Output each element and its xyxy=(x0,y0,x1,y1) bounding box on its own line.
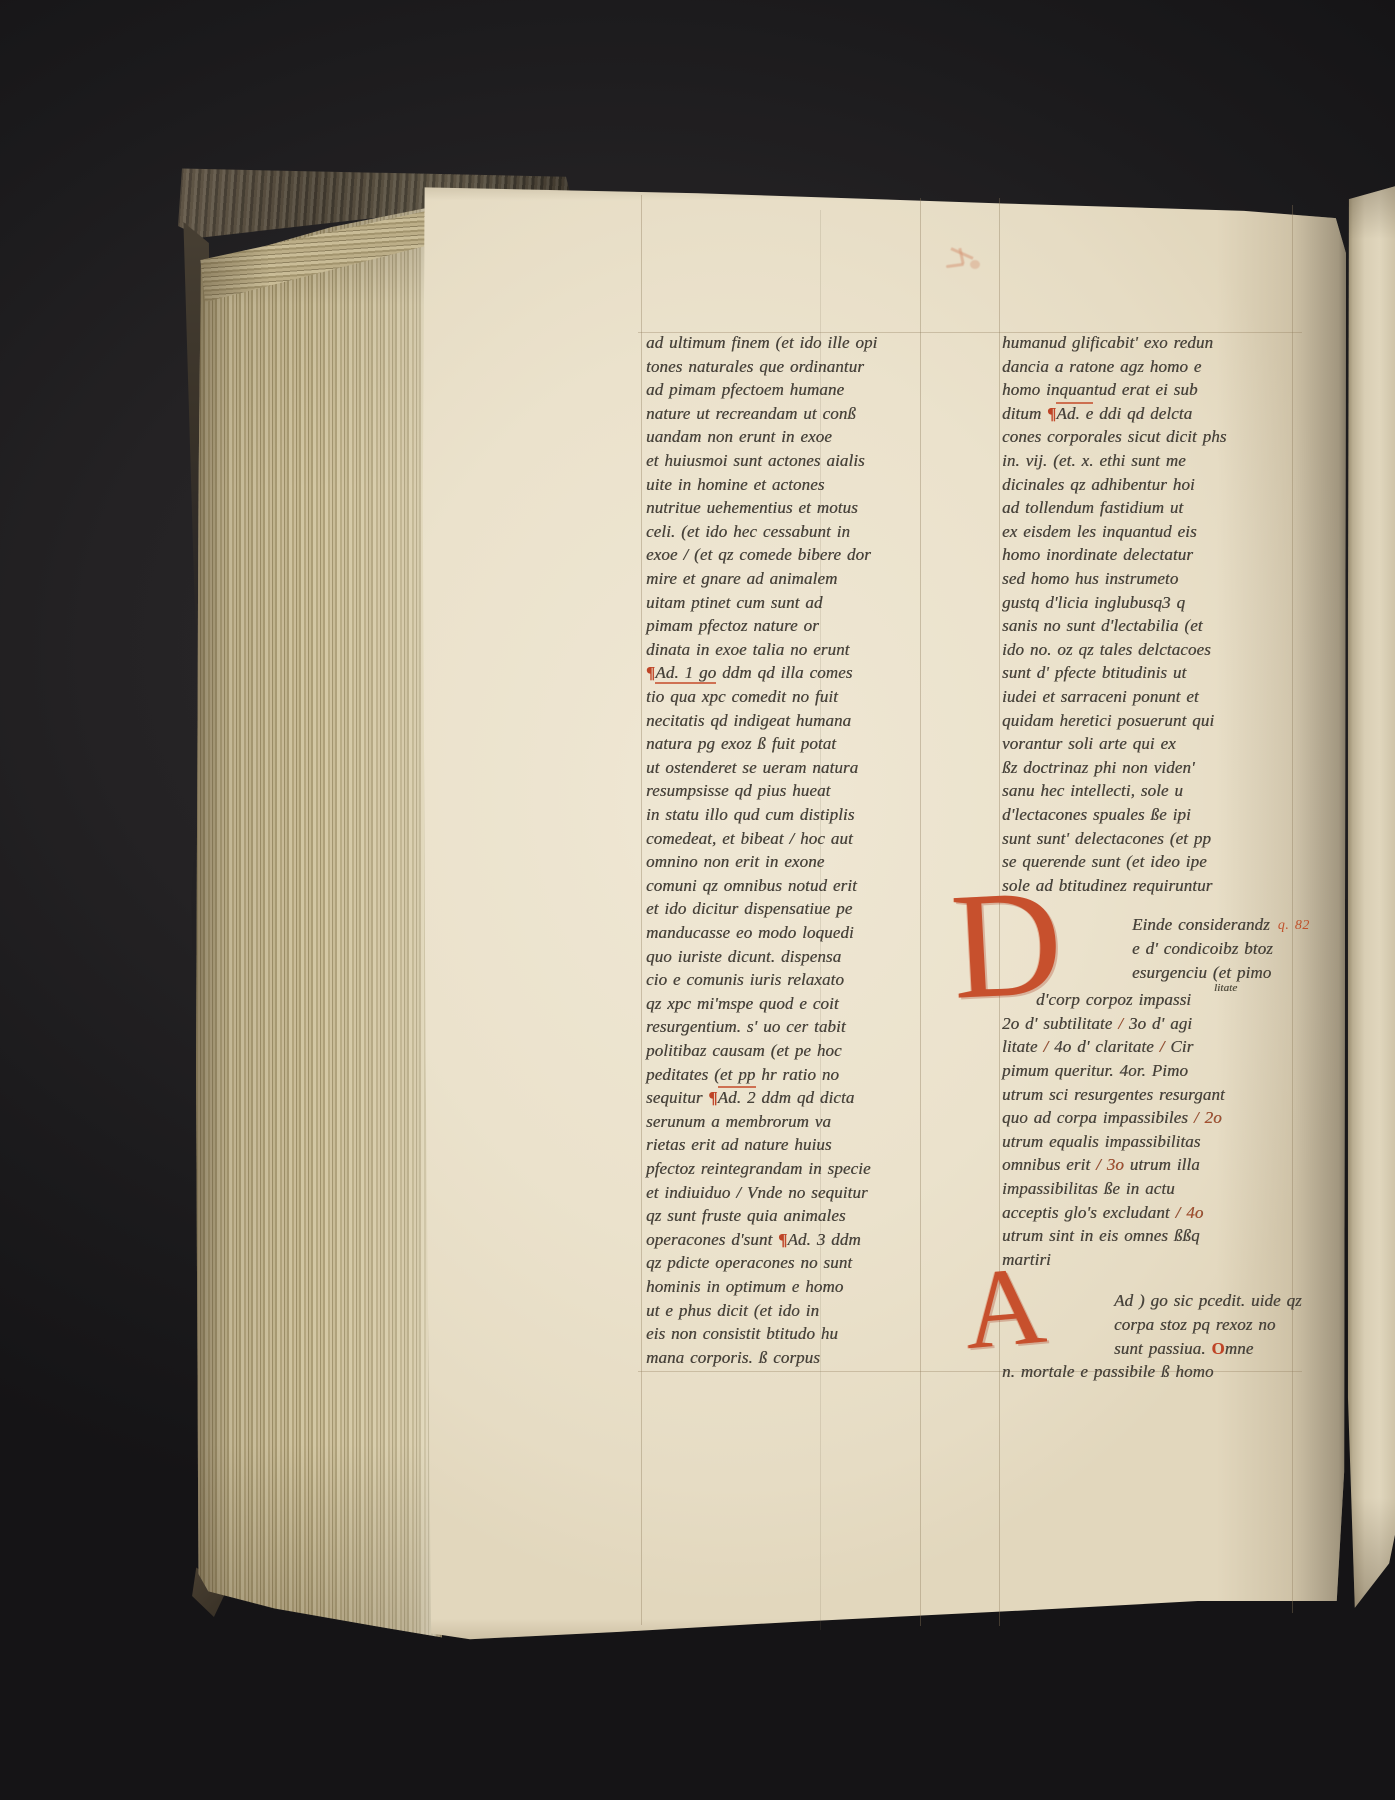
text-segment: uitam ptinet cum sunt ad xyxy=(646,593,823,612)
text-segment: in. vij. (et. x. ethi sunt me xyxy=(1002,451,1186,470)
text-segment: / 3o xyxy=(1096,1155,1124,1174)
page-edge-stack xyxy=(196,204,442,1646)
text-segment: vorantur soli arte qui ex xyxy=(1002,734,1176,753)
manuscript-text-line: qz pdicte operacones no sunt xyxy=(646,1253,852,1273)
manuscript-text-line: ¶Ad. 1 go ddm qd illa comes xyxy=(646,663,852,683)
text-segment: quo iuriste dicunt. dispensa xyxy=(646,947,841,966)
manuscript-text-line: ut e phus dicit (et ido in xyxy=(646,1301,819,1321)
text-segment: 3o d' agi xyxy=(1123,1014,1192,1033)
manuscript-text-line: nature ut recreandam ut conß xyxy=(646,404,856,424)
text-segment: homo inquantud erat ei sub xyxy=(1002,380,1198,399)
text-segment: quidam heretici posuerunt qui xyxy=(1002,711,1214,730)
text-segment: ad ultimum finem (et ido ille opi xyxy=(646,333,877,352)
text-segment: ddm qd dicta xyxy=(756,1088,855,1107)
manuscript-text-line: natura pg exoz ß fuit potat xyxy=(646,734,836,754)
text-segment: cio e comunis iuris relaxato xyxy=(646,970,844,989)
text-segment: resurgentium. s' uo cer tabit xyxy=(646,1017,846,1036)
text-segment: / 4o xyxy=(1176,1203,1204,1222)
manuscript-text-line: esurgenciu (et pimo xyxy=(1132,963,1271,983)
text-segment: utrum sint in eis omnes ßßq xyxy=(1002,1226,1200,1245)
text-segment: comuni qz omnibus notud erit xyxy=(646,876,857,895)
text-segment: dancia a ratone agz homo e xyxy=(1002,357,1201,376)
manuscript-text-line: ßz doctrinaz phi non viden' xyxy=(1002,758,1195,778)
text-segment: litate xyxy=(1002,1037,1043,1056)
next-page-edge xyxy=(1346,182,1395,1612)
text-segment: Cir xyxy=(1164,1037,1193,1056)
manuscript-text-line: quidam heretici posuerunt qui xyxy=(1002,711,1214,731)
ruling-line-vertical-left xyxy=(641,195,642,1625)
manuscript-text-line: sunt sunt' delectacones (et pp xyxy=(1002,829,1211,849)
text-segment: mana corporis. ß corpus xyxy=(646,1348,820,1367)
text-segment: humanud glificabit' exo redun xyxy=(1002,333,1213,352)
text-segment: acceptis glo's excludant xyxy=(1002,1203,1176,1222)
manuscript-text-line: rietas erit ad nature huius xyxy=(646,1135,832,1155)
manuscript-text-line: 2o d' subtilitate / 3o d' agi xyxy=(1002,1014,1192,1034)
text-segment: qz pdicte operacones no sunt xyxy=(646,1253,852,1272)
text-segment: sole ad btitudinez requiruntur xyxy=(1002,876,1212,895)
manuscript-text-line: sanu hec intellecti, sole u xyxy=(1002,781,1183,801)
manuscript-text-line: n. mortale e passibile ß homo xyxy=(1002,1362,1214,1382)
manuscript-text-line: uite in homine et actones xyxy=(646,475,824,495)
manuscript-text-line: exoe / (et qz comede bibere dor xyxy=(646,545,871,565)
manuscript-text-line: utrum equalis impassibilitas xyxy=(1002,1132,1201,1152)
text-segment: martiri xyxy=(1002,1250,1051,1269)
text-segment: Ad. 1 go xyxy=(655,663,716,684)
text-segment: necitatis qd indigeat humana xyxy=(646,711,851,730)
manuscript-text-line: ditum ¶Ad. e ddi qd delcta xyxy=(1002,404,1192,424)
text-segment: exoe / (et qz comede bibere dor xyxy=(646,545,871,564)
text-segment: uandam non erunt in exoe xyxy=(646,427,832,446)
manuscript-text-line: d'corp corpoz impassi xyxy=(1036,990,1191,1010)
text-segment: pimum queritur. 4or. Pimo xyxy=(1002,1061,1188,1080)
text-segment: ut e phus dicit (et ido in xyxy=(646,1301,819,1320)
text-segment: hominis in optimum e homo xyxy=(646,1277,843,1296)
manuscript-text-line: utrum sci resurgentes resurgant xyxy=(1002,1085,1225,1105)
manuscript-text-line: quo iuriste dicunt. dispensa xyxy=(646,947,841,967)
manuscript-text-line: cio e comunis iuris relaxato xyxy=(646,970,844,990)
manuscript-text-line: Einde considerandzq. 82 xyxy=(1132,915,1270,935)
manuscript-text-line: gustq d'licia inglubusq3 q xyxy=(1002,593,1185,613)
text-segment: sed homo hus instrumeto xyxy=(1002,569,1178,588)
text-segment: omnibus erit xyxy=(1002,1155,1096,1174)
text-segment: / 2o xyxy=(1194,1108,1222,1127)
text-segment: homo inordinate delectatur xyxy=(1002,545,1193,564)
text-column-right: humanud glificabit' exo redundancia a ra… xyxy=(1002,333,1302,1433)
manuscript-text-line: ut ostenderet se ueram natura xyxy=(646,758,858,778)
text-segment: politibaz causam (et pe hoc xyxy=(646,1041,842,1060)
text-segment: quo ad corpa impassibiles xyxy=(1002,1108,1194,1127)
text-segment: utrum equalis impassibilitas xyxy=(1002,1132,1201,1151)
manuscript-text-line: resurgentium. s' uo cer tabit xyxy=(646,1017,846,1037)
text-segment: et ido dicitur dispensatiue pe xyxy=(646,899,852,918)
text-segment: sanis no sunt d'lectabilia (et xyxy=(1002,616,1203,635)
manuscript-text-line: peditates (et pp hr ratio no xyxy=(646,1065,839,1085)
text-segment: e d' condicoibz btoz xyxy=(1132,939,1273,958)
manuscript-text-line: tones naturales que ordinantur xyxy=(646,357,864,377)
text-segment: uite in homine et actones xyxy=(646,475,824,494)
faded-red-mark xyxy=(944,244,986,278)
manuscript-text-line: politibaz causam (et pe hoc xyxy=(646,1041,842,1061)
manuscript-text-line: hominis in optimum e homo xyxy=(646,1277,843,1297)
text-segment: ad pimam pfectoem humane xyxy=(646,380,844,399)
text-segment: litate xyxy=(1214,982,1237,994)
text-segment: corpa stoz pq rexoz no xyxy=(1114,1315,1276,1334)
text-segment: esurgenciu (et pimo xyxy=(1132,963,1271,982)
manuscript-text-line: ad tollendum fastidium ut xyxy=(1002,498,1183,518)
text-segment: d'corp corpoz impassi xyxy=(1036,990,1191,1009)
text-segment: utrum sci resurgentes resurgant xyxy=(1002,1085,1225,1104)
text-segment: cones corporales sicut dicit phs xyxy=(1002,427,1227,446)
text-segment: ditum xyxy=(1002,404,1047,423)
manuscript-text-line: sole ad btitudinez requiruntur xyxy=(1002,876,1212,896)
manuscript-text-line: corpa stoz pq rexoz no xyxy=(1114,1315,1276,1335)
text-segment: Einde considerandz xyxy=(1132,915,1270,934)
manuscript-text-line: manducasse eo modo loquedi xyxy=(646,923,854,943)
text-segment: Ad. 3 ddm xyxy=(787,1230,860,1249)
manuscript-text-line: celi. (et ido hec cessabunt in xyxy=(646,522,850,542)
manuscript-photo-scene: D A ad ultimum finem (et ido ille opiton… xyxy=(0,0,1395,1800)
text-segment: sunt passiua. xyxy=(1114,1339,1211,1358)
text-segment: omnino non erit in exone xyxy=(646,852,824,871)
manuscript-text-line: tio qua xpc comedit no fuit xyxy=(646,687,838,707)
manuscript-text-line: litate / 4o d' claritate / Cir xyxy=(1002,1037,1193,1057)
manuscript-text-line: et indiuiduo / Vnde no sequitur xyxy=(646,1183,868,1203)
manuscript-text-line: sequitur ¶Ad. 2 ddm qd dicta xyxy=(646,1088,854,1108)
manuscript-text-line: litate xyxy=(1214,982,1237,994)
manuscript-text-line: omnino non erit in exone xyxy=(646,852,824,872)
manuscript-text-line: qz sunt fruste quia animales xyxy=(646,1206,846,1226)
text-segment: ßz doctrinaz phi non viden' xyxy=(1002,758,1195,777)
manuscript-text-line: vorantur soli arte qui ex xyxy=(1002,734,1176,754)
manuscript-text-line: pfectoz reintegrandam in specie xyxy=(646,1159,871,1179)
manuscript-text-line: mana corporis. ß corpus xyxy=(646,1348,820,1368)
manuscript-text-line: ido no. oz qz tales delctacoes xyxy=(1002,640,1211,660)
manuscript-text-line: e d' condicoibz btoz xyxy=(1132,939,1273,959)
text-segment: celi. (et ido hec cessabunt in xyxy=(646,522,850,541)
text-segment: tones naturales que ordinantur xyxy=(646,357,864,376)
text-segment: sunt sunt' delectacones (et pp xyxy=(1002,829,1211,848)
text-segment: dinata in exoe talia no erunt xyxy=(646,640,850,659)
text-segment: sunt d' pfecte btitudinis ut xyxy=(1002,663,1186,682)
text-segment: et huiusmoi sunt actones aialis xyxy=(646,451,865,470)
text-segment: manducasse eo modo loquedi xyxy=(646,923,854,942)
manuscript-text-line: sanis no sunt d'lectabilia (et xyxy=(1002,616,1203,636)
text-segment: comedeat, et bibeat / hoc aut xyxy=(646,829,853,848)
manuscript-text-line: et ido dicitur dispensatiue pe xyxy=(646,899,852,919)
manuscript-text-line: sunt d' pfecte btitudinis ut xyxy=(1002,663,1186,683)
manuscript-text-line: cones corporales sicut dicit phs xyxy=(1002,427,1227,447)
text-segment: peditates (et pp hr ratio no xyxy=(646,1065,839,1084)
text-segment: qz xpc mi'mspe quod e coit xyxy=(646,994,839,1013)
manuscript-text-line: et huiusmoi sunt actones aialis xyxy=(646,451,865,471)
manuscript-text-line: sed homo hus instrumeto xyxy=(1002,569,1178,589)
manuscript-text-line: homo inordinate delectatur xyxy=(1002,545,1193,565)
manuscript-text-line: eis non consistit btitudo hu xyxy=(646,1324,838,1344)
manuscript-text-line: ad pimam pfectoem humane xyxy=(646,380,844,400)
text-segment: ut ostenderet se ueram natura xyxy=(646,758,858,777)
rubric-mark: O xyxy=(1211,1339,1224,1358)
manuscript-text-line: omnibus erit / 3o utrum illa xyxy=(1002,1155,1200,1175)
manuscript-text-line: pimum queritur. 4or. Pimo xyxy=(1002,1061,1188,1081)
manuscript-text-line: in. vij. (et. x. ethi sunt me xyxy=(1002,451,1186,471)
manuscript-text-line: Ad ) go sic pcedit. uide qz xyxy=(1114,1291,1302,1311)
manuscript-text-line: se querende sunt (et ideo ipe xyxy=(1002,852,1207,872)
text-segment: iudei et sarraceni ponunt et xyxy=(1002,687,1199,706)
text-segment: Ad ) go sic pcedit. uide qz xyxy=(1114,1291,1302,1310)
manuscript-text-line: comuni qz omnibus notud erit xyxy=(646,876,857,896)
manuscript-text-line: ad ultimum finem (et ido ille opi xyxy=(646,333,877,353)
text-segment: resumpsisse qd pius hueat xyxy=(646,781,830,800)
text-segment: sanu hec intellecti, sole u xyxy=(1002,781,1183,800)
manuscript-text-line: in statu illo qud cum distiplis xyxy=(646,805,854,825)
manuscript-text-line: dinata in exoe talia no erunt xyxy=(646,640,850,660)
manuscript-text-line: quo ad corpa impassibiles / 2o xyxy=(1002,1108,1222,1128)
text-segment: nutritue uehementius et motus xyxy=(646,498,858,517)
text-segment: eis non consistit btitudo hu xyxy=(646,1324,838,1343)
text-segment: pfectoz reintegrandam in specie xyxy=(646,1159,871,1178)
manuscript-text-line: dancia a ratone agz homo e xyxy=(1002,357,1201,377)
text-segment: gustq d'licia inglubusq3 q xyxy=(1002,593,1185,612)
rubric-mark: ¶ xyxy=(1047,404,1056,423)
text-segment: ido no. oz qz tales delctacoes xyxy=(1002,640,1211,659)
text-segment: sequitur xyxy=(646,1088,708,1107)
text-segment: serunum a membrorum va xyxy=(646,1112,831,1131)
text-segment: pimam pfectoz nature or xyxy=(646,616,819,635)
manuscript-text-line: mire et gnare ad animalem xyxy=(646,569,837,589)
manuscript-text-line: d'lectacones spuales ße ipi xyxy=(1002,805,1191,825)
text-segment: ad tollendum fastidium ut xyxy=(1002,498,1183,517)
manuscript-text-line: martiri xyxy=(1002,1250,1051,1270)
text-segment: nature ut recreandam ut conß xyxy=(646,404,856,423)
text-segment: 4o d' claritate xyxy=(1048,1037,1159,1056)
text-segment: 2o d' subtilitate xyxy=(1002,1014,1118,1033)
manuscript-text-line: impassibilitas ße in actu xyxy=(1002,1179,1175,1199)
text-segment: operacones d'sunt xyxy=(646,1230,778,1249)
text-segment: Ad. 2 xyxy=(718,1086,756,1107)
text-segment: utrum illa xyxy=(1124,1155,1200,1174)
text-segment: ddm qd illa comes xyxy=(716,663,852,682)
manuscript-text-line: utrum sint in eis omnes ßßq xyxy=(1002,1226,1200,1246)
manuscript-text-line: qz xpc mi'mspe quod e coit xyxy=(646,994,839,1014)
manuscript-text-line: comedeat, et bibeat / hoc aut xyxy=(646,829,853,849)
text-segment: in statu illo qud cum distiplis xyxy=(646,805,854,824)
text-segment: se querende sunt (et ideo ipe xyxy=(1002,852,1207,871)
text-segment: et indiuiduo / Vnde no sequitur xyxy=(646,1183,868,1202)
manuscript-text-line: dicinales qz adhibentur hoi xyxy=(1002,475,1195,495)
manuscript-text-line: acceptis glo's excludant / 4o xyxy=(1002,1203,1203,1223)
manuscript-text-line: iudei et sarraceni ponunt et xyxy=(1002,687,1199,707)
text-segment: mne xyxy=(1225,1339,1254,1358)
manuscript-text-line: serunum a membrorum va xyxy=(646,1112,831,1132)
text-segment: ex eisdem les inquantud eis xyxy=(1002,522,1197,541)
text-column-left: ad ultimum finem (et ido ille opitones n… xyxy=(646,333,948,1433)
manuscript-text-line: resumpsisse qd pius hueat xyxy=(646,781,830,801)
manuscript-text-line: uitam ptinet cum sunt ad xyxy=(646,593,823,613)
text-segment: natura pg exoz ß fuit potat xyxy=(646,734,836,753)
manuscript-text-line: nutritue uehementius et motus xyxy=(646,498,858,518)
manuscript-text-line: operacones d'sunt ¶Ad. 3 ddm xyxy=(646,1230,861,1250)
manuscript-text-line: sunt passiua. Omne xyxy=(1114,1339,1253,1359)
text-segment: tio qua xpc comedit no fuit xyxy=(646,687,838,706)
text-segment: ddi qd delcta xyxy=(1093,404,1192,423)
manuscript-text-line: pimam pfectoz nature or xyxy=(646,616,819,636)
marginal-note: q. 82 xyxy=(1278,916,1310,936)
text-segment: dicinales qz adhibentur hoi xyxy=(1002,475,1195,494)
manuscript-text-line: humanud glificabit' exo redun xyxy=(1002,333,1213,353)
manuscript-text-line: ex eisdem les inquantud eis xyxy=(1002,522,1197,542)
text-segment: d'lectacones spuales ße ipi xyxy=(1002,805,1191,824)
manuscript-text-line: uandam non erunt in exoe xyxy=(646,427,832,447)
rubric-mark: ¶ xyxy=(646,663,655,682)
text-segment: impassibilitas ße in actu xyxy=(1002,1179,1175,1198)
manuscript-text-line: necitatis qd indigeat humana xyxy=(646,711,851,731)
text-segment: Ad. e xyxy=(1056,402,1093,423)
text-segment: n. mortale e passibile ß homo xyxy=(1002,1362,1214,1381)
text-segment: mire et gnare ad animalem xyxy=(646,569,837,588)
text-segment: qz sunt fruste quia animales xyxy=(646,1206,846,1225)
manuscript-text-line: homo inquantud erat ei sub xyxy=(1002,380,1198,400)
text-segment: rietas erit ad nature huius xyxy=(646,1135,832,1154)
rubric-mark: ¶ xyxy=(708,1088,717,1107)
